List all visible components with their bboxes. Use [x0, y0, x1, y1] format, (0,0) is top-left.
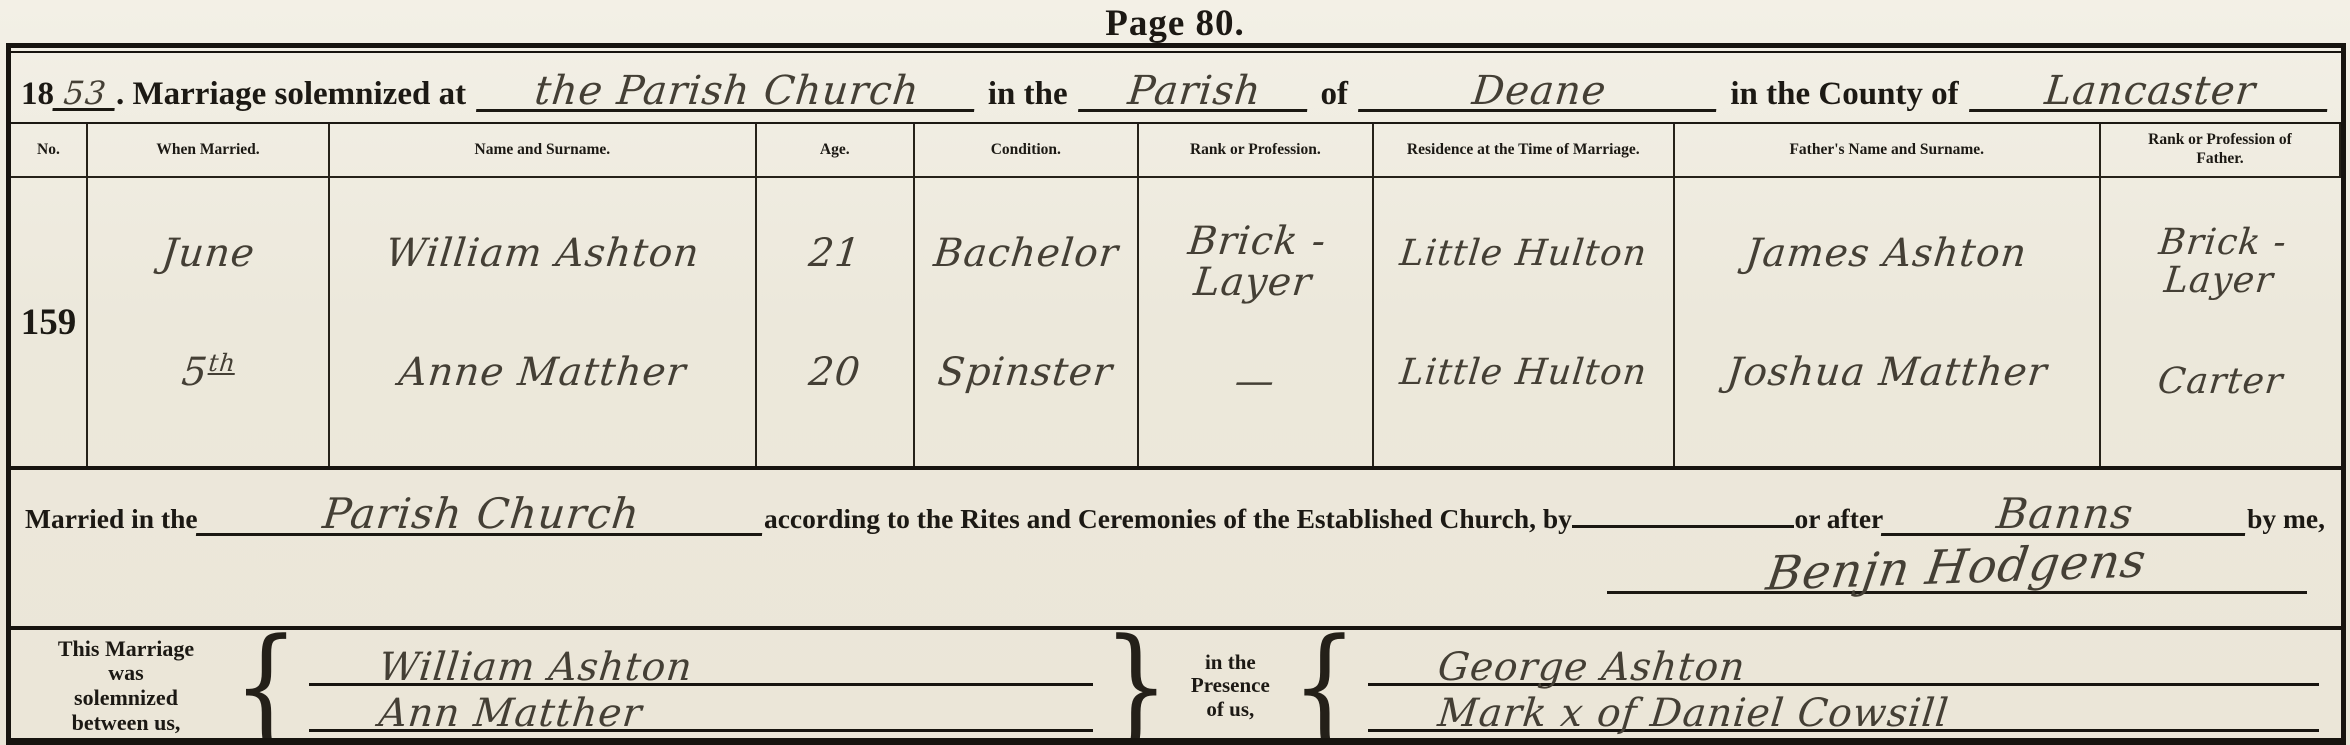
header-line: 18 53 . Marriage solemnized at the Paris… — [11, 48, 2341, 124]
or-after-label: or after — [1794, 503, 1883, 535]
married-in-field: Parish Church — [196, 496, 767, 536]
entry-names-cell: William Ashton Anne Matther — [330, 178, 756, 466]
entry-day: 5th — [179, 349, 237, 395]
bride-condition: Spinster — [936, 350, 1115, 395]
by-me-label: by me, — [2247, 503, 2325, 535]
label-line: between us, — [21, 711, 231, 736]
entry-when-married-cell: June 5th — [88, 178, 330, 466]
column-header-residence: Residence at the Time of Marriage. — [1374, 124, 1675, 178]
label-line: in the — [1171, 651, 1289, 675]
entry-number-cell: 159 — [11, 178, 88, 466]
entry-residences-cell: Little Hulton Little Hulton — [1374, 178, 1675, 466]
groom-father-profession: Brick -Layer — [2153, 224, 2289, 300]
officiant-signature-field: Benjn Hodgens — [1607, 544, 2307, 594]
bride-name: Anne Matther — [396, 350, 688, 395]
label-line: of us, — [1171, 698, 1289, 722]
party-signatures: William Ashton Ann Matther — [301, 634, 1101, 738]
column-header-father-profession: Rank or Profession of Father. — [2101, 124, 2341, 178]
groom-father-name: James Ashton — [1744, 231, 2030, 276]
groom-name: William Ashton — [383, 231, 701, 276]
solemnized-text: . Marriage solemnized at — [116, 76, 466, 113]
column-header-name-surname: Name and Surname. — [330, 124, 756, 178]
label-line: was — [21, 661, 231, 686]
column-header-when-married: When Married. — [88, 124, 330, 178]
banns-field: Banns — [1881, 496, 2249, 536]
witness1-signature: George Ashton — [1436, 652, 1747, 683]
presence-label: in the Presence of us, — [1171, 634, 1289, 738]
brace-icon: { — [231, 621, 301, 745]
in-the-text: in the — [988, 76, 1068, 113]
column-header-rank-profession: Rank or Profession. — [1139, 124, 1374, 178]
bride-father-name: Joshua Matther — [1724, 350, 2049, 395]
certification-line: Married in the Parish Church according t… — [25, 496, 2325, 536]
bride-residence: Little Hulton — [1398, 352, 1649, 393]
entry-number: 159 — [11, 301, 86, 344]
year-printed: 18 — [21, 76, 54, 113]
church-name-field: the Parish Church — [476, 74, 978, 112]
label-line: Presence — [1171, 674, 1289, 698]
marriage-register-table: No. When Married. Name and Surname. Age.… — [11, 124, 2341, 470]
of-text: of — [1321, 76, 1349, 113]
signatures-band: This Marriage was solemnized between us,… — [11, 630, 2341, 738]
bride-father-profession: Carter — [2156, 361, 2286, 402]
brace-icon: } — [1101, 621, 1171, 745]
entry-father-professions-cell: Brick -Layer Carter — [2101, 178, 2341, 466]
groom-condition: Bachelor — [931, 231, 1120, 276]
entry-fathers-cell: James Ashton Joshua Matther — [1675, 178, 2101, 466]
witness1-signature-field: George Ashton — [1368, 640, 2319, 686]
groom-signature-field: William Ashton — [309, 640, 1093, 686]
entry-conditions-cell: Bachelor Spinster — [915, 178, 1139, 466]
entry-ages-cell: 21 20 — [757, 178, 915, 466]
parish-field: Parish — [1078, 74, 1311, 112]
witness-signatures: George Ashton Mark x of Daniel Cowsill — [1360, 634, 2327, 738]
column-header-age: Age. — [757, 124, 915, 178]
witness2-signature: Mark x of Daniel Cowsill — [1436, 698, 1950, 729]
witness2-signature-field: Mark x of Daniel Cowsill — [1368, 686, 2319, 732]
certification-band: Married in the Parish Church according t… — [11, 470, 2341, 630]
county-field: Lancaster — [1969, 74, 2331, 112]
groom-age: 21 — [807, 231, 863, 276]
district-field: Deane — [1358, 74, 1720, 112]
brace-icon: { — [1289, 621, 1359, 745]
column-header-condition: Condition. — [915, 124, 1139, 178]
register-sheet: 18 53 . Marriage solemnized at the Paris… — [6, 43, 2346, 745]
bride-signature-field: Ann Matther — [309, 686, 1093, 732]
marriage-solemnized-label: This Marriage was solemnized between us, — [21, 634, 231, 738]
married-in-label: Married in the — [25, 503, 198, 535]
label-line: solemnized — [21, 686, 231, 711]
label-line: This Marriage — [21, 637, 231, 662]
bride-profession: — — [1233, 359, 1278, 404]
column-header-no: No. — [11, 124, 88, 178]
rites-text: according to the Rites and Ceremonies of… — [764, 503, 1572, 535]
county-label: in the County of — [1730, 76, 1958, 113]
entry-month: June — [159, 231, 257, 276]
column-header-father-name: Father's Name and Surname. — [1675, 124, 2101, 178]
entry-professions-cell: Brick -Layer — — [1139, 178, 1374, 466]
officiating-blank-field — [1572, 524, 1795, 528]
bride-age: 20 — [807, 350, 863, 395]
groom-signature: William Ashton — [378, 652, 695, 683]
officiant-signature: Benjn Hodgens — [1764, 537, 2150, 597]
groom-residence: Little Hulton — [1398, 233, 1649, 274]
groom-profession: Brick -Layer — [1182, 222, 1328, 304]
bride-signature: Ann Matther — [378, 698, 644, 729]
page-title: Page 80. — [0, 2, 2350, 45]
year-handwritten: 53 — [52, 80, 117, 111]
